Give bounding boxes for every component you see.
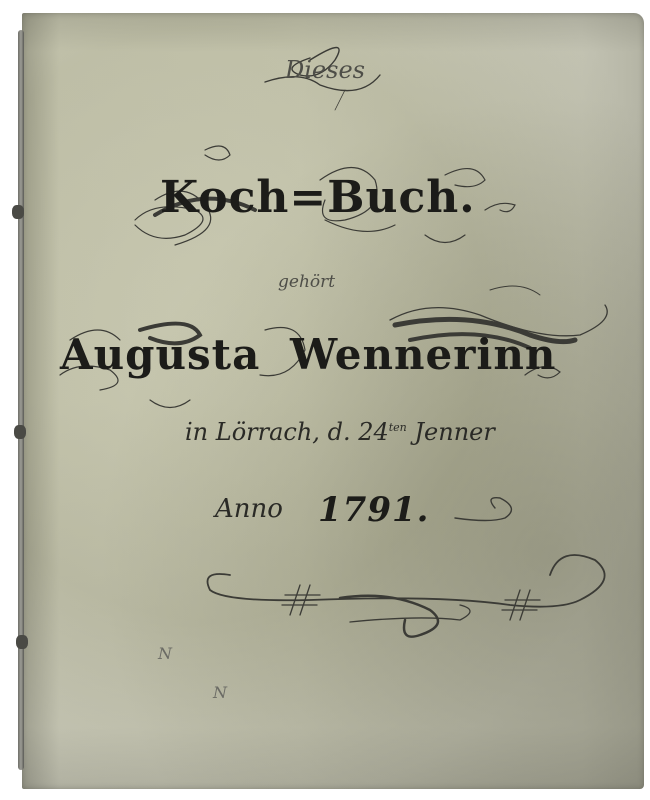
- place: in Lörrach,: [185, 418, 320, 446]
- year: 1791.: [318, 490, 429, 530]
- pencil-mark: N: [213, 683, 227, 702]
- owner-last-name: Wennerinn: [290, 330, 556, 379]
- binding-spine: [18, 30, 24, 770]
- binding-stitch: [12, 205, 24, 219]
- line-gehoert: gehört: [278, 272, 335, 292]
- title-word-buch: Buch.: [327, 172, 475, 223]
- title-word-koch: Koch: [160, 172, 289, 223]
- day: d. 24: [328, 418, 389, 446]
- title-hyphen: =: [289, 172, 327, 223]
- owner-first-name: Augusta: [60, 330, 260, 379]
- year-flourish-icon: [450, 488, 530, 538]
- line-place-date: in Lörrach, d. 24ten Jenner: [185, 418, 495, 446]
- month: Jenner: [414, 418, 494, 446]
- binding-stitch: [16, 635, 28, 649]
- day-suffix: ten: [389, 421, 407, 434]
- line-dieses: Dieses: [285, 56, 365, 84]
- bottom-ornament-icon: [190, 550, 620, 660]
- pencil-mark: N: [158, 644, 172, 663]
- binding-stitch: [14, 425, 26, 439]
- line-title: Koch=Buch.: [160, 172, 476, 223]
- line-anno: Anno: [215, 494, 283, 524]
